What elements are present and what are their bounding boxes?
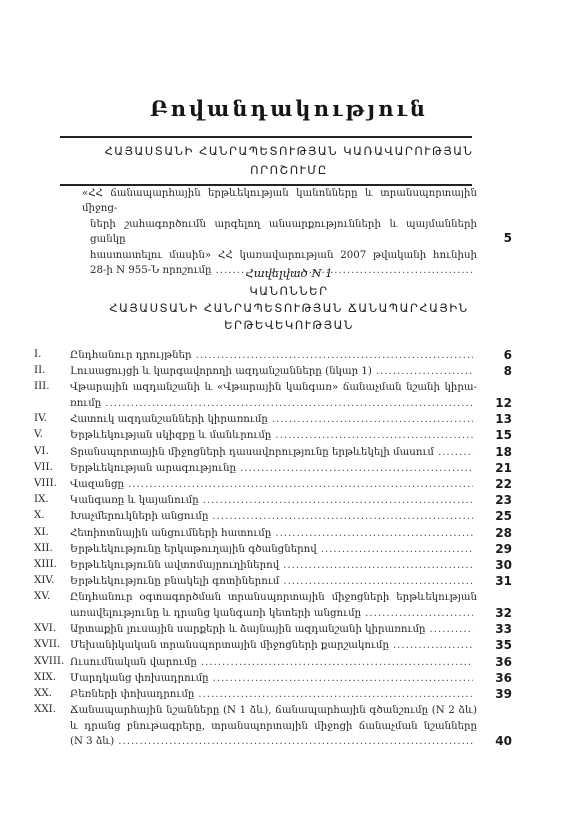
entry-title: Բեռների փոխադրումը [70,687,194,703]
chapter-number: VI. [34,445,70,457]
toc-page: Բովանդակություն ՀԱՅԱՍՏԱՆԻ ՀԱՆՐԱՊԵՏՈՒԹՅԱՆ… [0,0,578,824]
page-number: 15 [484,428,512,442]
dot-leader [240,461,473,477]
page-number: 36 [484,671,512,685]
chapter-number: IV. [34,412,70,424]
chapter-number: VIII. [34,477,70,489]
page-number: 13 [484,412,512,426]
dot-leader [272,412,473,428]
chapter-number: XX. [34,687,70,699]
dot-leader [430,622,473,638]
chapter-number: XIX. [34,671,70,683]
dot-leader [438,445,473,461]
entry-title: Երթևեկությունը երկաթուղային գծանցներով [70,542,317,558]
page-number: 25 [484,509,512,523]
chapter-number: I. [34,348,70,360]
entry-title: Լուսացույցի և կարգավորողի ազդանշանները (… [70,364,372,380]
intro-text-line: «ՀՀ ճանապարհային երթևեկության կանոնները … [82,186,477,217]
intro-text-line: հաստատելու մասին» ՀՀ կառավարության 2007 … [82,248,477,263]
chapter-number: VII. [34,461,70,473]
entry-title: Ընդհանուր դրույթներ [70,348,192,364]
chapter-number: XVII. [34,638,70,650]
entry-title: (N 3 ձև) [70,734,114,750]
chapter-number: II. [34,364,70,376]
intro-text-line: ների շահագործումն արգելող անսարքությունն… [82,217,477,248]
decree-heading-line1: ՀԱՅԱՍՏԱՆԻ ՀԱՆՐԱՊԵՏՈՒԹՅԱՆ ԿԱՌԱՎԱՐՈՒԹՅԱՆ [0,142,578,160]
page-number: 8 [484,364,512,378]
intro-page-number: 5 [484,231,512,245]
chapter-number: V. [34,428,70,440]
intro-entry[interactable]: «ՀՀ ճանապարհային երթևեկության կանոնները … [82,186,477,278]
decree-heading-line2: ՈՐՈՇՈՒՄԸ [0,161,578,179]
dot-leader [275,526,473,542]
dot-leader [321,542,473,558]
entry-title: առավելությունը և դրանց կանգառի կետերի ան… [70,606,361,622]
dot-leader [198,687,473,703]
entry-title: Վազանցը [70,477,124,493]
dot-leader [213,671,473,687]
appendix-label: Հավելված N 1 [0,266,578,280]
appendix-heading-line1: ԿԱՆՈՆՆԵՐ [0,282,578,300]
entry-text-line: Վթարային ազդանշանի և «Վթարային կանգառ» ճ… [70,380,477,396]
chapter-number: XVI. [34,622,70,634]
entry-title: Երթևեկությունն ավտոմայրուղիներով [70,558,279,574]
dot-leader [118,734,473,750]
page-number: 31 [484,574,512,588]
page-number: 22 [484,477,512,491]
page-number: 32 [484,606,512,620]
page-number: 18 [484,445,512,459]
page-title: Բովանդակություն [0,96,578,121]
dot-leader [275,428,473,444]
page-number: 23 [484,493,512,507]
page-number: 36 [484,655,512,669]
entry-title: Հատուկ ազդանշանների կիրառումը [70,412,268,428]
page-number: 28 [484,526,512,540]
top-rule [60,136,472,138]
chapter-number: XVIII. [34,655,70,667]
appendix-heading-line2: ՀԱՅԱՍՏԱՆԻ ՀԱՆՐԱՊԵՏՈՒԹՅԱՆ ՃԱՆԱՊԱՐՀԱՅԻՆ [0,299,578,317]
entry-title: Հետիոտնային անցումների հատումը [70,526,271,542]
dot-leader [376,364,473,380]
page-number: 12 [484,396,512,410]
chapter-number: XV. [34,590,70,602]
entry-title: Երթևեկությունը բնակելի գոտիներում [70,574,279,590]
entry-text-line: Ճանապարհային նշանները (N 1 ձև), ճանապարհ… [70,703,477,719]
entry-title: ռումը [70,396,101,412]
chapter-number: XI. [34,526,70,538]
entry-title: Ուսումնական վարումը [70,655,197,671]
page-number: 39 [484,687,512,701]
chapter-number: XIV. [34,574,70,586]
page-number: 6 [484,348,512,362]
entry-title: Երթևեկության սկիզբը և մանևրումը [70,428,271,444]
page-number: 33 [484,622,512,636]
page-number: 35 [484,638,512,652]
entry-title: Մարդկանց փոխադրումը [70,671,209,687]
chapter-number: III. [34,380,70,392]
dot-leader [201,655,473,671]
chapter-number: IX. [34,493,70,505]
dot-leader [212,509,473,525]
entry-text-line: և դրանց բնութագրերը, տրանսպորտային միջոց… [70,719,477,735]
entry-title: Տրանսպորտային միջոցների դասավորությունը … [70,445,434,461]
page-number: 30 [484,558,512,572]
chapter-number: XII. [34,542,70,554]
page-number: 21 [484,461,512,475]
page-number: 29 [484,542,512,556]
entry-text-line: Ընդհանուր օգտագործման տրանսպորտային միջո… [70,590,477,606]
dot-leader [196,348,473,364]
dot-leader [128,477,473,493]
chapter-number: X. [34,509,70,521]
dot-leader [203,493,473,509]
dot-leader [283,574,473,590]
entry-title: Կանգառը և կայանումը [70,493,199,509]
entry-title: Արտաքին լուսային սարքերի և ձայնային ազդա… [70,622,426,638]
dot-leader [393,638,473,654]
entry-title: Երթևեկության արագությունը [70,461,236,477]
chapter-number: XXI. [34,703,70,715]
entry-title: Մեխանիկական տրանսպորտային միջոցների քարշ… [70,638,389,654]
page-number: 40 [484,734,512,748]
entry-title: Խաչմերուկների անցումը [70,509,208,525]
dot-leader [365,606,473,622]
dot-leader [105,396,473,412]
chapter-number: XIII. [34,558,70,570]
appendix-heading-line3: ԵՐԹԵՎԵԿՈՒԹՅԱՆ [0,316,578,334]
dot-leader [283,558,473,574]
